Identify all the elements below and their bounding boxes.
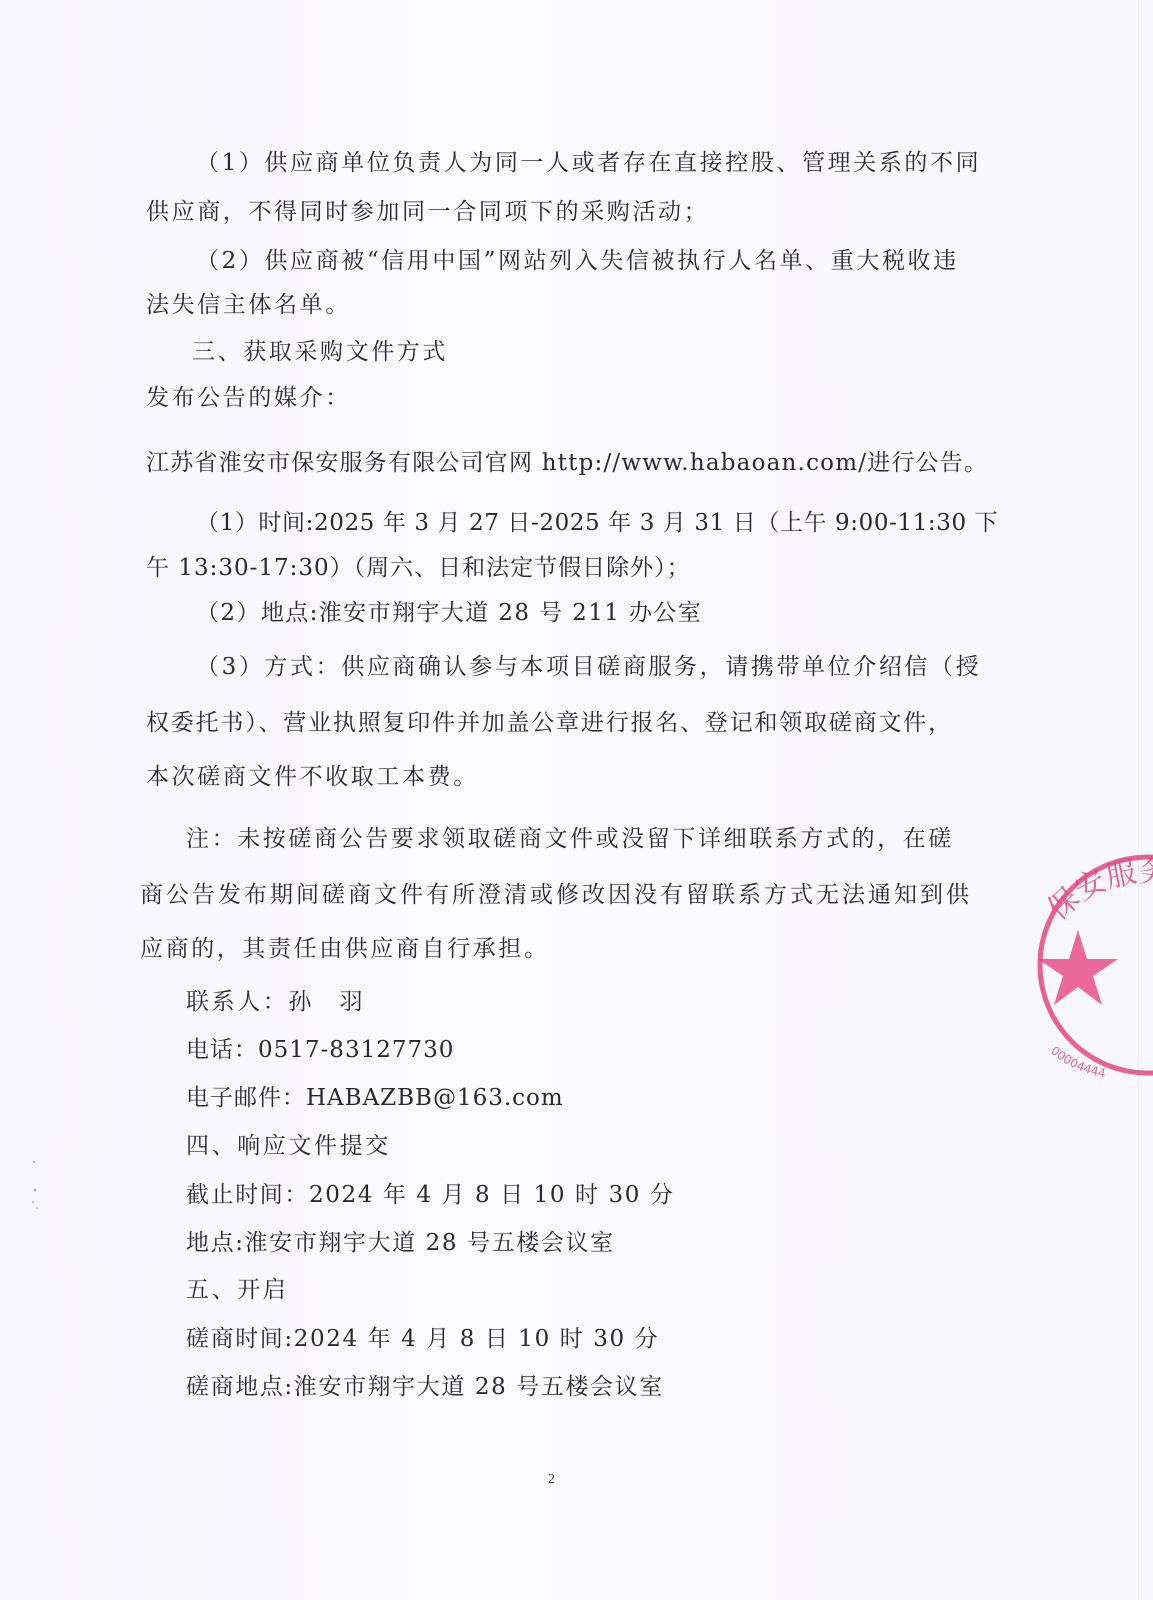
contact-email: 电子邮件：HABAZBB@163.com (186, 1083, 564, 1113)
section-heading-4: 四、响应文件提交 (186, 1131, 391, 1161)
scan-artifact (28, 1150, 48, 1230)
contact-person-value: 孙 羽 (288, 989, 365, 1015)
contact-phone: 电话：0517-83127730 (186, 1035, 454, 1065)
paragraph-line: （2）供应商被“信用中国”网站列入失信被执行人名单、重大税收违 (196, 246, 959, 276)
paragraph-line: 法失信主体名单。 (146, 290, 351, 320)
page-edge (1138, 0, 1139, 1600)
website-line: 江苏省淮安市保安服务有限公司官网 http://www.habaoan.com/… (146, 448, 988, 478)
section-heading-5: 五、开启 (186, 1275, 288, 1305)
contact-person-label: 联系人： (186, 989, 288, 1015)
contact-person: 联系人：孙 羽 (186, 987, 365, 1017)
seal-text: 保安服务 (1041, 854, 1153, 927)
location-value: 淮安市翔宇大道 28 号五楼会议室 (245, 1230, 615, 1256)
negotiation-time-value: 2024 年 4 月 8 日 10 时 30 分 (294, 1326, 660, 1352)
time-line: （1）时间:2025 年 3 月 27 日-2025 年 3 月 31 日（上午… (196, 508, 998, 538)
paragraph-line: 供应商，不得同时参加同一合同项下的采购活动； (146, 197, 709, 227)
contact-email-value: HABAZBB@163.com (306, 1085, 564, 1111)
contact-phone-value: 0517-83127730 (258, 1037, 454, 1063)
location-label: 地点: (186, 1230, 245, 1256)
method-line: （3）方式：供应商确认参与本项目磋商服务，请携带单位介绍信（授 (196, 652, 981, 682)
note-line: 商公告发布期间磋商文件有所澄清或修改因没有留联系方式无法通知到供 (140, 880, 972, 910)
method-line: 权委托书）、营业执照复印件并加盖公章进行报名、登记和领取磋商文件， (146, 708, 953, 738)
paragraph-line: 发布公告的媒介： (146, 383, 351, 413)
negotiation-time-label: 磋商时间: (186, 1326, 294, 1352)
svg-text:保安服务: 保安服务 (1041, 854, 1153, 927)
location-line: （2）地点:淮安市翔宇大道 28 号 211 办公室 (196, 598, 702, 628)
time-line: 午 13:30-17:30）（周六、日和法定节假日除外）； (146, 553, 691, 583)
deadline-label: 截止时间： (186, 1182, 309, 1208)
section-heading-3: 三、获取采购文件方式 (192, 337, 448, 367)
contact-email-label: 电子邮件： (186, 1085, 306, 1111)
scanned-document-page: （1）供应商单位负责人为同一人或者存在直接控股、管理关系的不同 供应商，不得同时… (0, 0, 1153, 1600)
negotiation-place-label: 磋商地点: (186, 1374, 294, 1400)
page-number: 2 (548, 1472, 555, 1488)
submission-location: 地点:淮安市翔宇大道 28 号五楼会议室 (186, 1228, 615, 1258)
negotiation-place-value: 淮安市翔宇大道 28 号五楼会议室 (294, 1374, 664, 1400)
contact-phone-label: 电话： (186, 1037, 258, 1063)
method-line: 本次磋商文件不收取工本费。 (146, 762, 479, 792)
negotiation-place: 磋商地点:淮安市翔宇大道 28 号五楼会议室 (186, 1372, 664, 1402)
note-line: 应商的，其责任由供应商自行承担。 (140, 934, 550, 964)
paragraph-line: （1）供应商单位负责人为同一人或者存在直接控股、管理关系的不同 (196, 148, 981, 178)
negotiation-time: 磋商时间:2024 年 4 月 8 日 10 时 30 分 (186, 1324, 659, 1354)
deadline-value: 2024 年 4 月 8 日 10 时 30 分 (309, 1182, 675, 1208)
company-seal-stamp-icon: 保安服务 00004444 (1030, 852, 1153, 1078)
note-line: 注：未按磋商公告要求领取磋商文件或没留下详细联系方式的，在磋 (186, 824, 954, 854)
submission-deadline: 截止时间：2024 年 4 月 8 日 10 时 30 分 (186, 1180, 675, 1210)
